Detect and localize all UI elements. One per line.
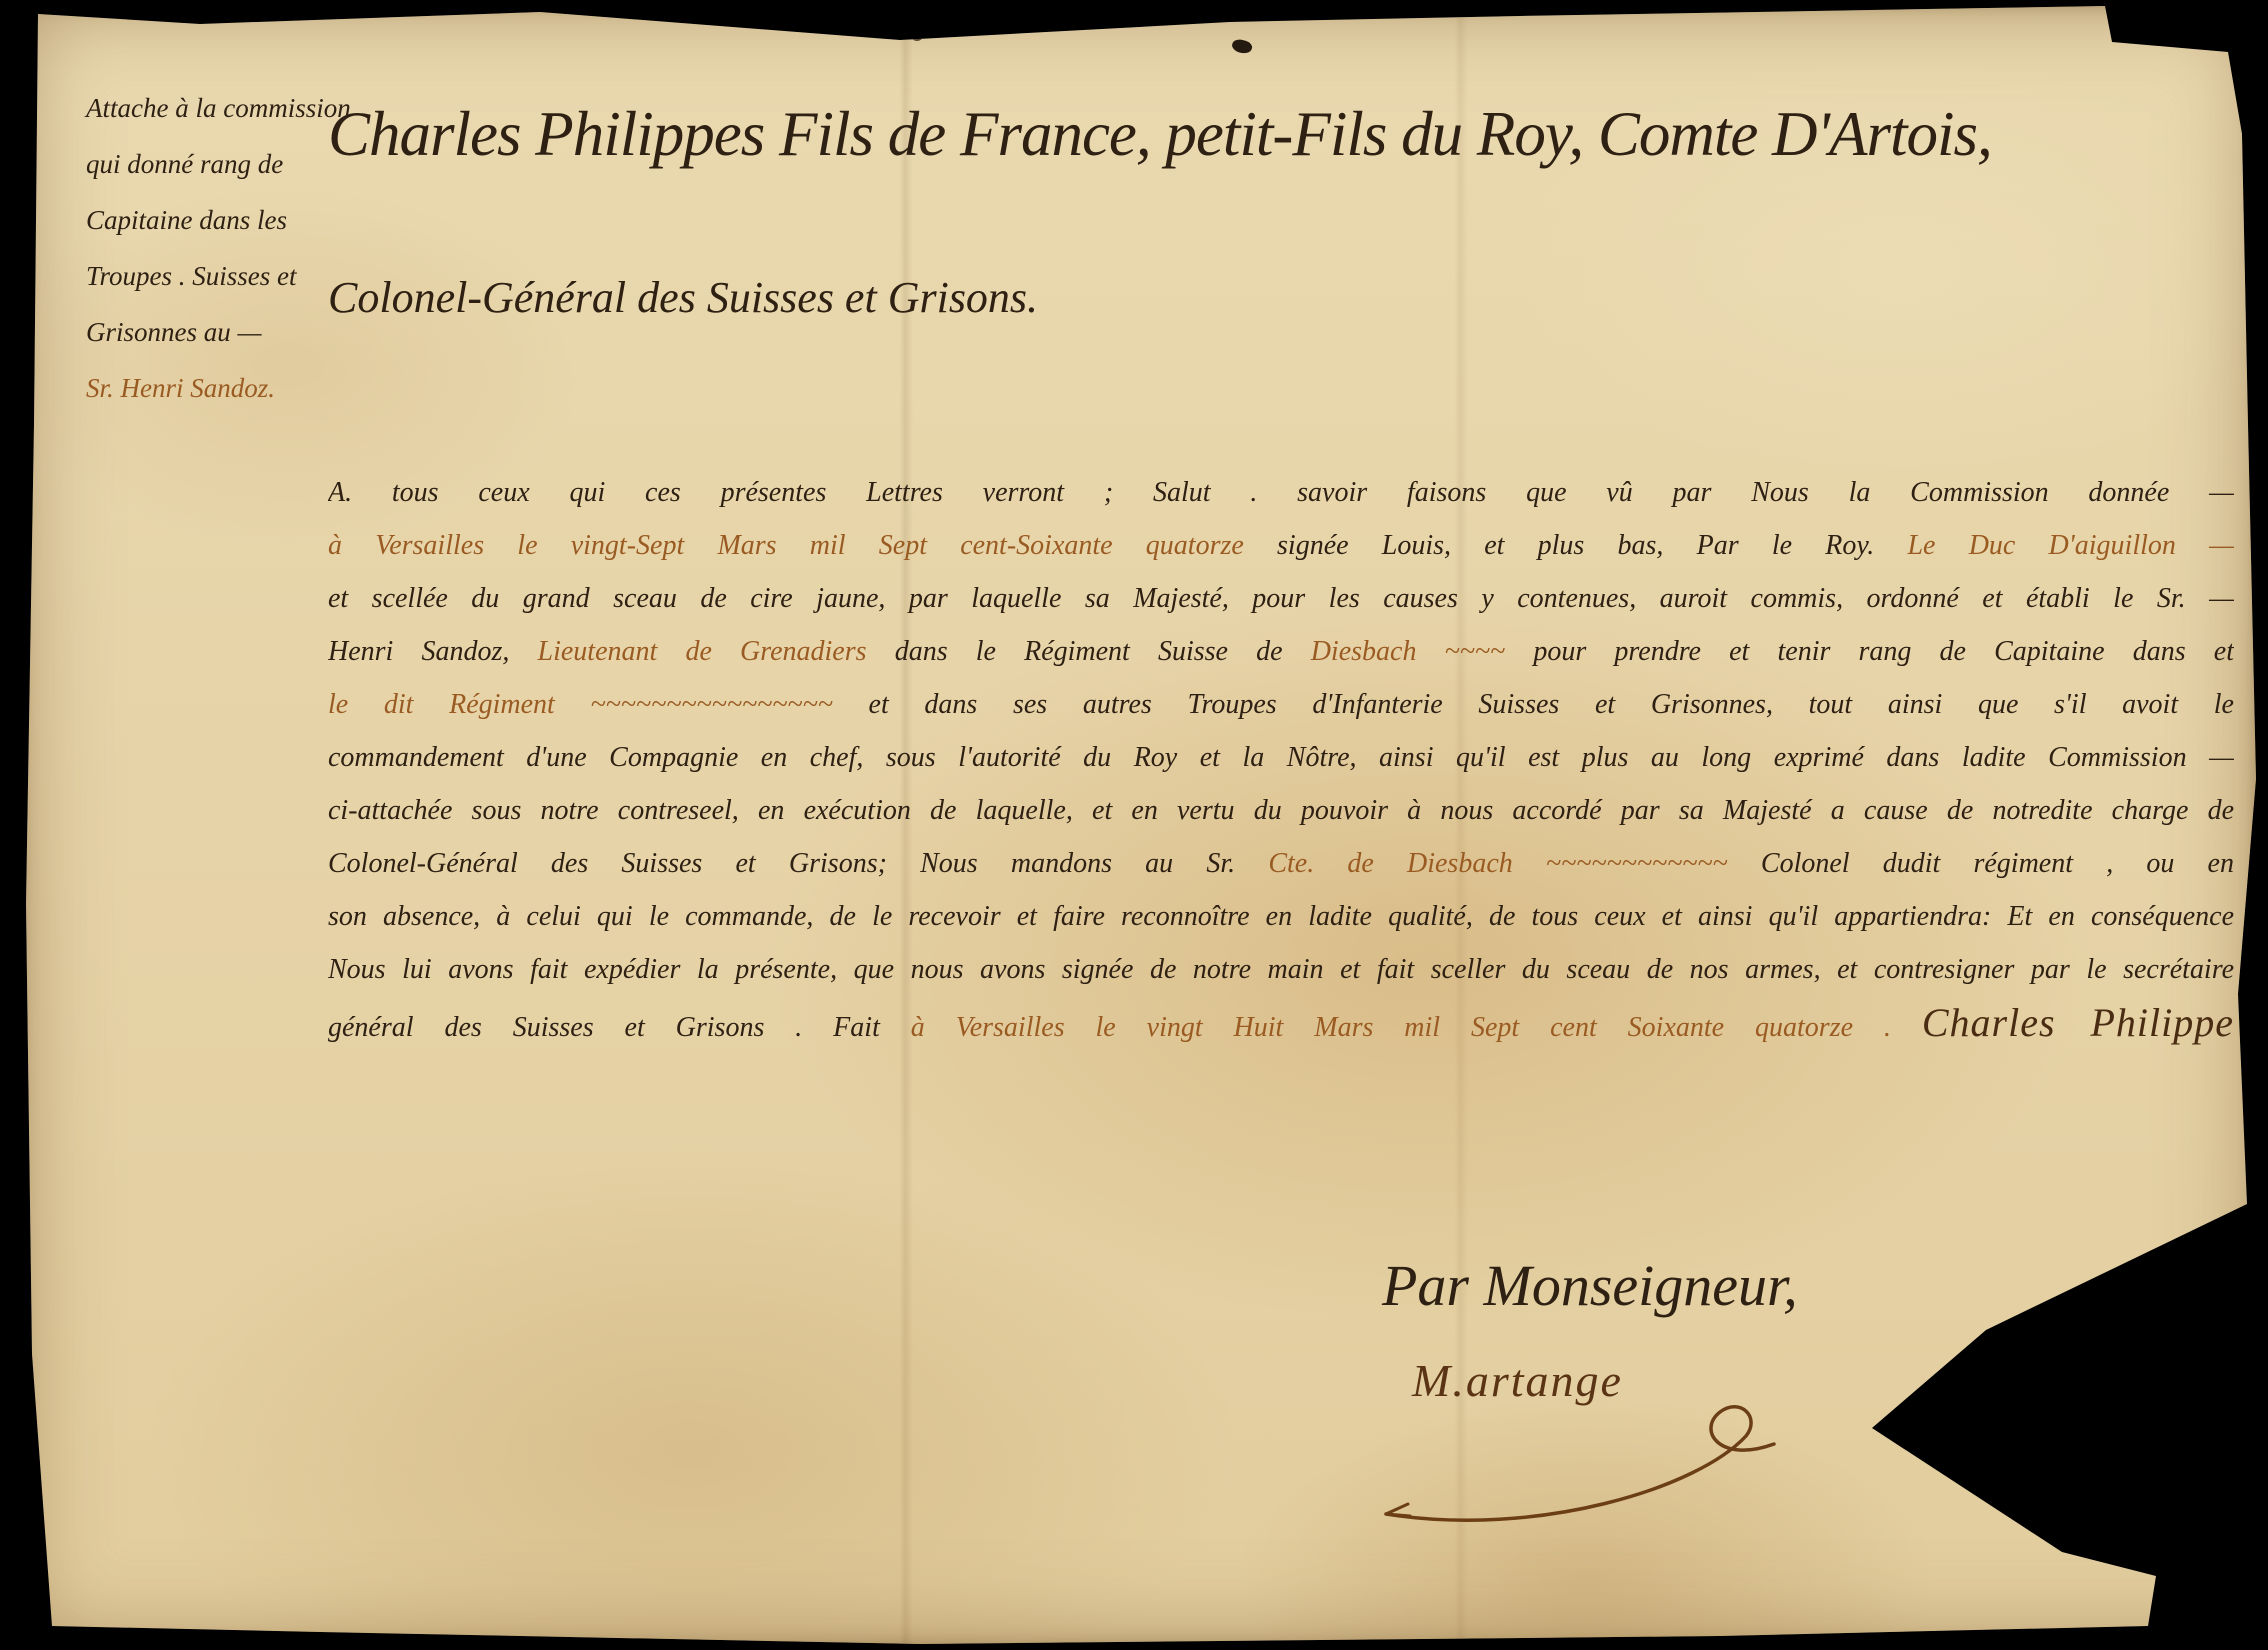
ink-segment: Nous lui avons fait expédier la présente… xyxy=(328,954,2234,985)
body-line: A. tous ceux qui ces présentes Lettres v… xyxy=(328,466,2234,519)
body-line: Henri Sandoz, Lieutenant de Grenadiers d… xyxy=(328,625,2234,678)
document-title-line-2: Colonel-Général des Suisses et Grisons. xyxy=(328,272,1038,323)
closing-par-monseigneur: Par Monseigneur, xyxy=(1382,1252,1798,1319)
margin-note-line: Capitaine dans les xyxy=(86,192,386,248)
body-line: son absence, à celui qui le commande, de… xyxy=(328,890,2234,943)
ink-segment: Diesbach ~~~~ xyxy=(1311,636,1534,667)
ink-segment: à Versailles le vingt-Sept Mars mil Sept… xyxy=(328,530,1277,561)
body-line: Colonel-Général des Suisses et Grisons; … xyxy=(328,837,2234,890)
body-line: à Versailles le vingt-Sept Mars mil Sept… xyxy=(328,519,2234,572)
ink-segment: commandement d'une Compagnie en chef, so… xyxy=(328,742,2234,773)
ink-segment: Cte. de Diesbach ~~~~~~~~~~~~ xyxy=(1268,848,1761,879)
ink-segment: son absence, à celui qui le commande, de… xyxy=(328,901,2234,932)
ink-speck xyxy=(1230,37,1253,56)
ink-segment: et scellée du grand sceau de cire jaune,… xyxy=(328,583,2234,614)
body-line: Nous lui avons fait expédier la présente… xyxy=(328,943,2234,996)
ink-segment: Lieutenant de Grenadiers xyxy=(538,636,895,667)
document-title-line-1: Charles Philippes Fils de France, petit-… xyxy=(328,98,2228,171)
corner-number-mark: N°1. xyxy=(2152,14,2211,48)
body-line: et scellée du grand sceau de cire jaune,… xyxy=(328,572,2234,625)
ink-segment: ci-attachée sous notre contreseel, en ex… xyxy=(328,795,2234,826)
signature-flourish xyxy=(1368,1386,1798,1536)
ink-segment: général des Suisses et Grisons . Fait xyxy=(328,1012,911,1043)
body-line: ci-attachée sous notre contreseel, en ex… xyxy=(328,784,2234,837)
ink-segment: Henri Sandoz, xyxy=(328,636,538,667)
body-line: commandement d'une Compagnie en chef, so… xyxy=(328,731,2234,784)
ink-segment: A. tous ceux qui ces présentes Lettres v… xyxy=(328,477,2234,508)
ink-speck xyxy=(912,34,922,41)
ink-segment: pour prendre et tenir rang de Capitaine … xyxy=(1533,636,2234,667)
ink-segment: Charles Philippe xyxy=(1922,1000,2234,1045)
ink-segment: dans le Régiment Suisse de xyxy=(895,636,1311,667)
parchment-sheet: N°1. Attache à la commission qui donné r… xyxy=(20,4,2258,1646)
ink-segment: Le Duc D'aiguillon — xyxy=(1907,530,2234,561)
scanned-document-page: N°1. Attache à la commission qui donné r… xyxy=(0,0,2268,1650)
margin-note-line: Sr. Henri Sandoz. xyxy=(86,360,386,416)
ink-segment: le dit Régiment ~~~~~~~~~~~~~~~~ xyxy=(328,689,869,720)
body-line: général des Suisses et Grisons . Fait à … xyxy=(328,996,2234,1049)
body-text: A. tous ceux qui ces présentes Lettres v… xyxy=(328,466,2234,1049)
ink-segment: à Versailles le vingt Huit Mars mil Sept… xyxy=(911,1012,1922,1043)
ink-segment: signée Louis, et plus bas, Par le Roy. xyxy=(1277,530,1907,561)
body-line: le dit Régiment ~~~~~~~~~~~~~~~~ et dans… xyxy=(328,678,2234,731)
ink-segment: Colonel dudit régiment , ou en xyxy=(1761,848,2234,879)
ink-segment: et dans ses autres Troupes d'Infanterie … xyxy=(869,689,2234,720)
ink-segment: Colonel-Général des Suisses et Grisons; … xyxy=(328,848,1268,879)
